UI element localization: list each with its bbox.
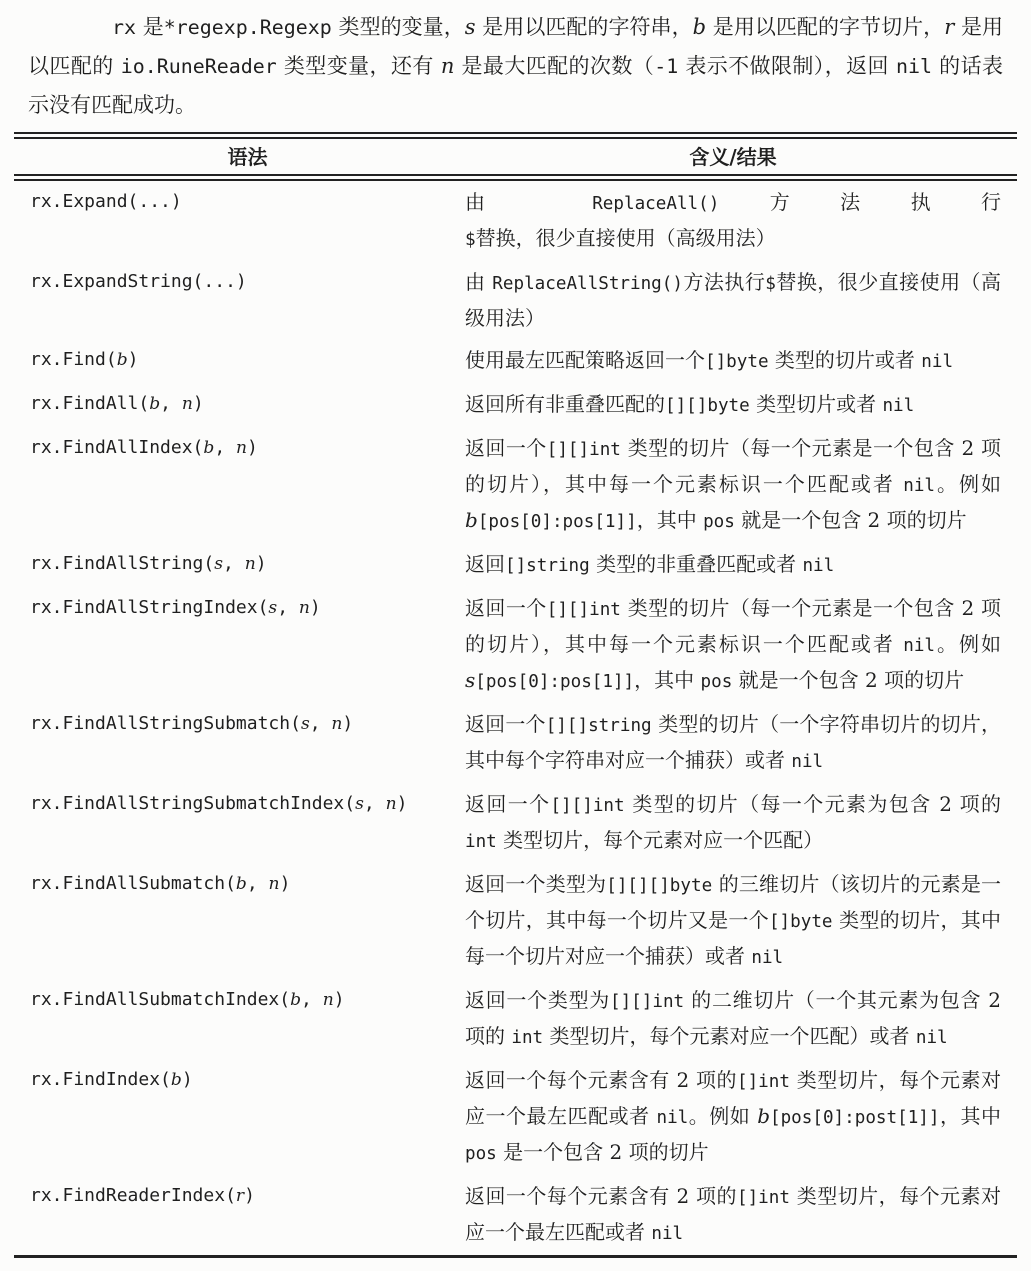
table-top-rule xyxy=(14,132,1017,139)
syntax-cell: rx.FindAll(b, n) xyxy=(30,387,465,423)
table-row: rx.FindAllSubmatchIndex(b, n) 返回一个类型为[][… xyxy=(14,979,1017,1059)
syntax-cell: rx.FindAllStringSubmatchIndex(s, n) xyxy=(30,787,465,859)
table-header-rule xyxy=(14,174,1017,181)
table-body: rx.Expand(...) 由 ReplaceAll()方法执行$替换，很少直… xyxy=(14,181,1017,1255)
book-page: rx 是*regexp.Regexp 类型的变量，s 是用以匹配的字符串，b 是… xyxy=(0,0,1031,1271)
meaning-cell: 返回一个每个元素含有 2 项的[]int 类型切片，每个元素对应一个最左匹配或者… xyxy=(465,1063,1001,1171)
meaning-cell: 返回一个类型为[][][]byte 的三维切片（该切片的元素是一个切片，其中每一… xyxy=(465,867,1001,975)
table-row: rx.FindAll(b, n) 返回所有非重叠匹配的[][]byte 类型切片… xyxy=(14,383,1017,427)
table-row: rx.FindIndex(b) 返回一个每个元素含有 2 项的[]int 类型切… xyxy=(14,1059,1017,1175)
table-row: rx.FindAllStringSubmatch(s, n) 返回一个[][]s… xyxy=(14,703,1017,783)
meaning-cell: 返回[]string 类型的非重叠匹配或者 nil xyxy=(465,547,1001,583)
meaning-cell: 返回一个[][]string 类型的切片（一个字符串切片的切片，其中每个字符串对… xyxy=(465,707,1001,779)
syntax-cell: rx.Find(b) xyxy=(30,343,465,379)
table-row: rx.FindAllIndex(b, n) 返回一个[][]int 类型的切片（… xyxy=(14,427,1017,543)
table-row: rx.FindReaderIndex(r) 返回一个每个元素含有 2 项的[]i… xyxy=(14,1175,1017,1255)
meaning-cell: 由 ReplaceAll()方法执行$替换，很少直接使用（高级用法） xyxy=(465,185,1001,257)
syntax-cell: rx.FindReaderIndex(r) xyxy=(30,1179,465,1251)
syntax-cell: rx.FindAllStringSubmatch(s, n) xyxy=(30,707,465,779)
meaning-cell: 返回一个[][]int 类型的切片（每一个元素是一个包含 2 项的切片），其中每… xyxy=(465,591,1001,699)
table-row: rx.Find(b) 使用最左匹配策略返回一个[]byte 类型的切片或者 ni… xyxy=(14,339,1017,383)
syntax-cell: rx.ExpandString(...) xyxy=(30,265,465,335)
table-row: rx.FindAllStringSubmatchIndex(s, n) 返回一个… xyxy=(14,783,1017,863)
syntax-cell: rx.FindAllString(s, n) xyxy=(30,547,465,583)
intro-paragraph: rx 是*regexp.Regexp 类型的变量，s 是用以匹配的字符串，b 是… xyxy=(28,8,1003,125)
column-header-syntax: 语法 xyxy=(30,144,465,170)
column-header-meaning: 含义/结果 xyxy=(465,144,1001,170)
meaning-cell: 返回所有非重叠匹配的[][]byte 类型切片或者 nil xyxy=(465,387,1001,423)
table-row: rx.FindAllStringIndex(s, n) 返回一个[][]int … xyxy=(14,587,1017,703)
table-bottom-rule xyxy=(14,1255,1017,1258)
syntax-cell: rx.FindAllIndex(b, n) xyxy=(30,431,465,539)
meaning-cell: 返回一个每个元素含有 2 项的[]int 类型切片，每个元素对应一个最左匹配或者… xyxy=(465,1179,1001,1251)
syntax-cell: rx.Expand(...) xyxy=(30,185,465,257)
meaning-cell: 使用最左匹配策略返回一个[]byte 类型的切片或者 nil xyxy=(465,343,1001,379)
syntax-cell: rx.FindAllSubmatch(b, n) xyxy=(30,867,465,975)
table-row: rx.Expand(...) 由 ReplaceAll()方法执行$替换，很少直… xyxy=(14,181,1017,261)
meaning-cell: 返回一个类型为[][]int 的二维切片（一个其元素为包含 2 项的 int 类… xyxy=(465,983,1001,1055)
syntax-cell: rx.FindAllStringIndex(s, n) xyxy=(30,591,465,699)
meaning-cell: 返回一个[][]int 类型的切片（每一个元素为包含 2 项的 int 类型切片… xyxy=(465,787,1001,859)
syntax-cell: rx.FindAllSubmatchIndex(b, n) xyxy=(30,983,465,1055)
meaning-cell: 由 ReplaceAllString()方法执行$替换，很少直接使用（高级用法） xyxy=(465,265,1001,335)
table-header-row: 语法 含义/结果 xyxy=(14,139,1017,174)
meaning-cell: 返回一个[][]int 类型的切片（每一个元素是一个包含 2 项的切片），其中每… xyxy=(465,431,1001,539)
table-row: rx.FindAllString(s, n) 返回[]string 类型的非重叠… xyxy=(14,543,1017,587)
syntax-cell: rx.FindIndex(b) xyxy=(30,1063,465,1171)
table-row: rx.ExpandString(...) 由 ReplaceAllString(… xyxy=(14,261,1017,339)
table-row: rx.FindAllSubmatch(b, n) 返回一个类型为[][][]by… xyxy=(14,863,1017,979)
